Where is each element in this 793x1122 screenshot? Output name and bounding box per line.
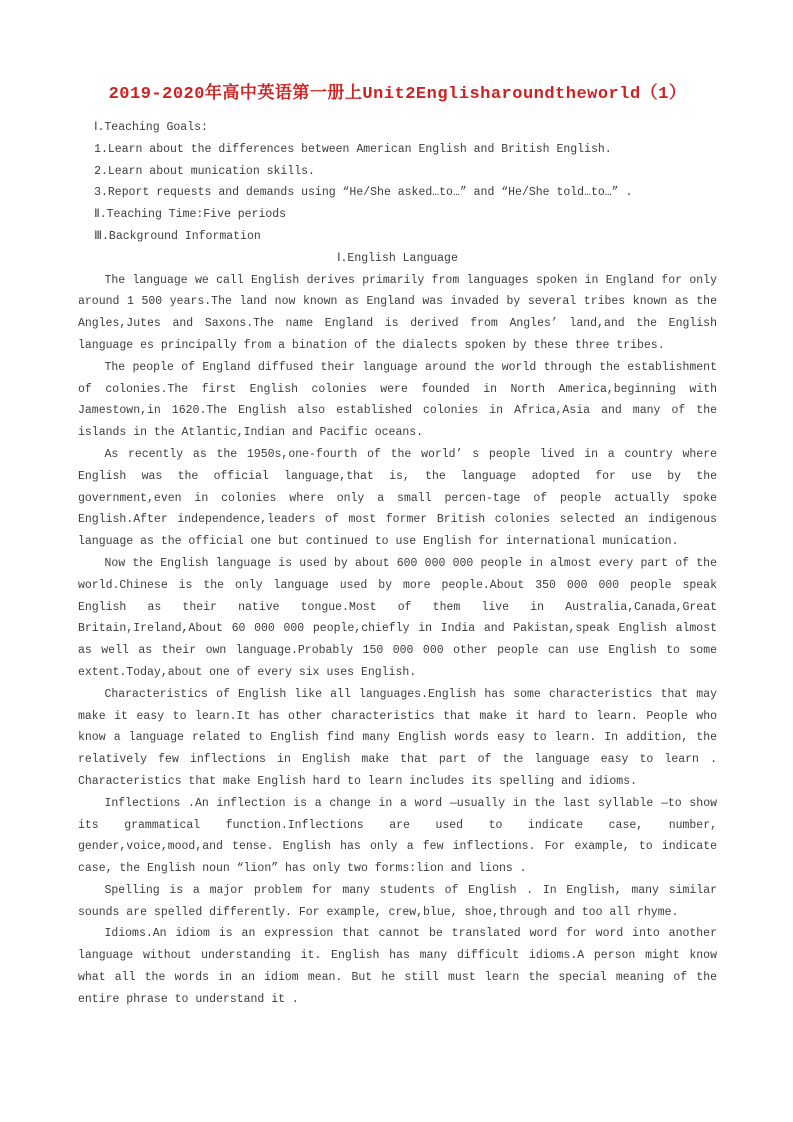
document-body: Ⅰ.Teaching Goals: 1.Learn about the diff… — [78, 117, 717, 1011]
teaching-time-heading: Ⅱ.Teaching Time:Five periods — [78, 204, 717, 226]
paragraph-speaker-numbers: Now the English language is used by abou… — [78, 553, 717, 684]
paragraph-inflections: Inflections .An inflection is a change i… — [78, 793, 717, 880]
paragraph-characteristics: Characteristics of English like all lang… — [78, 684, 717, 793]
teaching-goals-heading: Ⅰ.Teaching Goals: — [78, 117, 717, 139]
paragraph-official-language: As recently as the 1950s,one-fourth of t… — [78, 444, 717, 553]
background-information-heading: Ⅲ.Background Information — [78, 226, 717, 248]
goal-item-1: 1.Learn about the differences between Am… — [78, 139, 717, 161]
goal-item-2: 2.Learn about munication skills. — [78, 161, 717, 183]
paragraph-idioms: Idioms.An idiom is an expression that ca… — [78, 923, 717, 1010]
paragraph-colonies: The people of England diffused their lan… — [78, 357, 717, 444]
section-heading-english-language: Ⅰ.English Language — [78, 248, 717, 270]
document-page: 2019-2020年高中英语第一册上Unit2Englisharoundthew… — [0, 0, 793, 1122]
paragraph-spelling: Spelling is a major problem for many stu… — [78, 880, 717, 924]
paragraph-history-origin: The language we call English derives pri… — [78, 270, 717, 357]
document-title: 2019-2020年高中英语第一册上Unit2Englisharoundthew… — [78, 82, 717, 108]
goal-item-3: 3.Report requests and demands using “He/… — [78, 182, 717, 204]
